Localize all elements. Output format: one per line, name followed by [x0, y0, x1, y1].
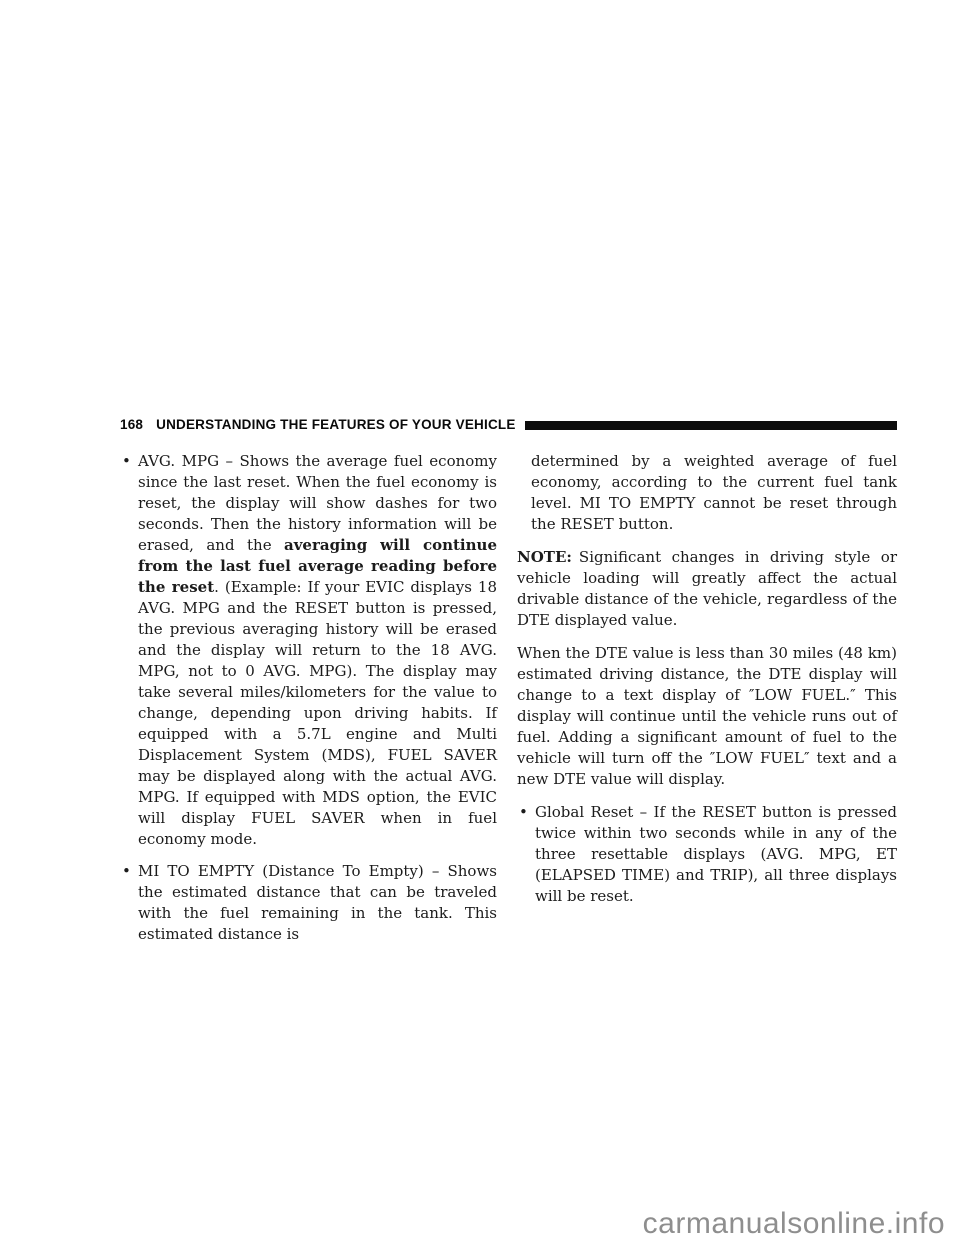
left-column: • AVG. MPG – Shows the average fuel econ…	[120, 451, 497, 945]
paragraph-note: NOTE:Significant changes in driving styl…	[517, 547, 897, 631]
bullet-mi-to-empty: • MI TO EMPTY (Distance To Empty) – Show…	[120, 861, 497, 945]
page-header: 168 UNDERSTANDING THE FEATURES OF YOUR V…	[120, 417, 897, 432]
bullet-global-reset: • Global Reset – If the RESET button is …	[517, 802, 897, 907]
note-text: Significant changes in driving style or …	[517, 548, 897, 629]
bullet-icon: •	[122, 861, 131, 882]
paragraph-continuation: determined by a weighted average of fuel…	[517, 451, 897, 535]
right-column: determined by a weighted average of fuel…	[517, 451, 897, 907]
watermark-text: carmanualsonline.info	[643, 1207, 945, 1241]
header-rule-bar	[525, 421, 897, 430]
manual-page: 168 UNDERSTANDING THE FEATURES OF YOUR V…	[0, 0, 960, 1242]
header-title: UNDERSTANDING THE FEATURES OF YOUR VEHIC…	[156, 417, 515, 432]
note-label: NOTE:	[517, 548, 572, 566]
bullet-global-reset-text: Global Reset – If the RESET button is pr…	[535, 803, 897, 905]
bullet-icon: •	[519, 802, 528, 823]
bullet-avg-mpg-text-end: . (Example: If your EVIC displays 18 AVG…	[138, 578, 497, 848]
bullet-mi-to-empty-text: MI TO EMPTY (Distance To Empty) – Shows …	[138, 862, 497, 943]
page-number: 168	[120, 417, 143, 432]
bullet-avg-mpg: • AVG. MPG – Shows the average fuel econ…	[120, 451, 497, 850]
paragraph-dte: When the DTE value is less than 30 miles…	[517, 643, 897, 790]
bullet-icon: •	[122, 451, 131, 472]
